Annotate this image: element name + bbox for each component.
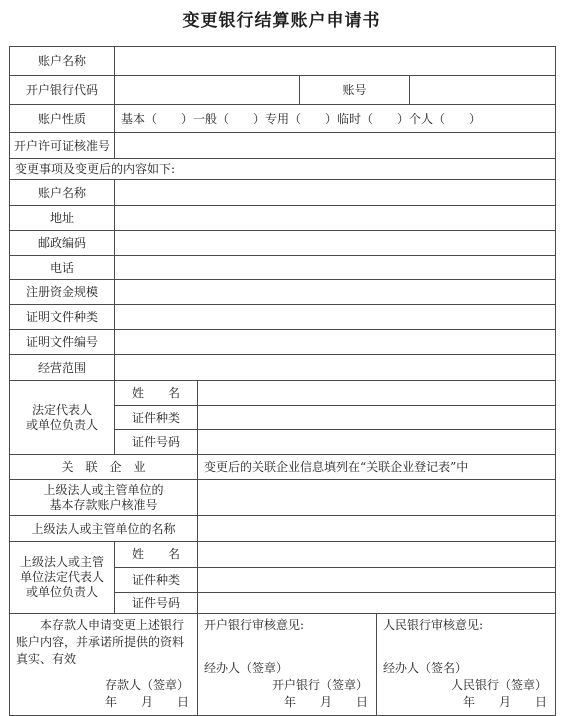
legal-rep-subrows: 姓 名 证件种类 证件号码 <box>115 381 555 454</box>
change-account-name-label: 账户名称 <box>10 180 115 205</box>
form-title: 变更银行结算账户申请书 <box>0 6 563 31</box>
legal-rep-id-type-value-cell <box>198 406 555 430</box>
phone-value-cell <box>115 256 555 279</box>
row-signature-section: 本存款人申请变更上述银行账户内容，并承诺所提供的资料真实、有效 存款人（签章） … <box>10 614 555 715</box>
pboc-sign-label: 人民银行（签章） <box>383 677 549 694</box>
legal-rep-id-no-label: 证件号码 <box>115 430 198 454</box>
row-superior-rep-block: 上级法人或主管 单位法定代表人 或单位负责人 姓 名 证件种类 证件号码 <box>10 542 555 614</box>
cert-doc-no-label: 证明文件编号 <box>10 330 115 354</box>
row-cert-doc-type: 证明文件种类 <box>10 305 555 330</box>
depositor-spacer <box>16 668 191 677</box>
superior-rep-subrows: 姓 名 证件种类 证件号码 <box>115 542 555 613</box>
legal-rep-name-value-cell <box>198 381 555 405</box>
superior-rep-label-line2: 单位法定代表人 <box>20 570 104 585</box>
superior-rep-id-no-row: 证件号码 <box>115 593 555 613</box>
legal-rep-label-line1: 法定代表人 <box>32 403 92 418</box>
phone-label: 电话 <box>10 256 115 279</box>
superior-approval-no-value-cell <box>198 480 555 515</box>
row-business-scope: 经营范围 <box>10 355 555 381</box>
pboc-operator-label: 经办人（签名） <box>383 660 549 677</box>
account-name-value-cell <box>115 47 555 75</box>
pboc-date-line: 年 月 日 <box>383 694 549 711</box>
row-account-nature: 账户性质 基本（ ）一般（ ）专用（ ）临时（ ）个人（ ） <box>10 105 555 133</box>
superior-approval-no-label: 上级法人或主管单位的 基本存款账户核准号 <box>10 480 198 515</box>
superior-rep-label: 上级法人或主管 单位法定代表人 或单位负责人 <box>10 542 115 613</box>
row-change-section-header: 变更事项及变更后的内容如下: <box>10 159 555 180</box>
depositor-sign-label: 存款人（签章） <box>16 677 191 694</box>
bank-date-line: 年 月 日 <box>204 694 370 711</box>
row-cert-doc-no: 证明文件编号 <box>10 330 555 355</box>
superior-rep-label-line1: 上级法人或主管 <box>20 555 104 570</box>
business-scope-label: 经营范围 <box>10 355 115 380</box>
account-nature-label: 账户性质 <box>10 105 115 132</box>
bank-operator-label: 经办人（签章） <box>204 660 370 677</box>
legal-rep-name-label: 姓 名 <box>115 381 198 405</box>
row-registered-capital: 注册资金规模 <box>10 280 555 305</box>
business-scope-value-cell <box>115 355 555 380</box>
depositor-statement: 本存款人申请变更上述银行账户内容，并承诺所提供的资料真实、有效 <box>16 617 191 668</box>
registered-capital-value-cell <box>115 280 555 304</box>
address-label: 地址 <box>10 206 115 230</box>
row-related-enterprise: 关 联 企 业 变更后的关联企业信息填列在“关联企业登记表”中 <box>10 455 555 480</box>
document-page: 变更银行结算账户申请书 账户名称 开户银行代码 账号 账户性质 基本（ ）一般（… <box>0 0 563 716</box>
depositor-signature-cell: 本存款人申请变更上述银行账户内容，并承诺所提供的资料真实、有效 存款人（签章） … <box>10 614 198 715</box>
legal-rep-id-type-label: 证件种类 <box>115 406 198 430</box>
bank-review-spacer <box>204 634 370 660</box>
application-form-table: 账户名称 开户银行代码 账号 账户性质 基本（ ）一般（ ）专用（ ）临时（ ）… <box>9 46 556 716</box>
account-no-value-cell <box>410 76 555 104</box>
legal-rep-label-line2: 或单位负责人 <box>26 418 98 433</box>
cert-doc-no-value-cell <box>115 330 555 354</box>
legal-rep-id-no-row: 证件号码 <box>115 430 555 454</box>
superior-name-value-cell <box>198 516 555 541</box>
address-value-cell <box>115 206 555 230</box>
row-legal-rep-block: 法定代表人 或单位负责人 姓 名 证件种类 证件号码 <box>10 381 555 455</box>
superior-rep-id-type-label: 证件种类 <box>115 568 198 593</box>
superior-rep-id-no-label: 证件号码 <box>115 593 198 613</box>
row-change-account-name: 账户名称 <box>10 180 555 206</box>
row-superior-name: 上级法人或主管单位的名称 <box>10 516 555 542</box>
change-account-name-value-cell <box>115 180 555 205</box>
superior-rep-name-value-cell <box>198 542 555 567</box>
account-nature-options: 基本（ ）一般（ ）专用（ ）临时（ ）个人（ ） <box>115 105 555 132</box>
bank-code-value-cell <box>115 76 300 104</box>
depositor-date-line: 年 月 日 <box>16 694 191 711</box>
row-address: 地址 <box>10 206 555 231</box>
superior-rep-label-line3: 或单位负责人 <box>26 585 98 600</box>
registered-capital-label: 注册资金规模 <box>10 280 115 304</box>
legal-rep-id-no-value-cell <box>198 430 555 454</box>
account-no-label: 账号 <box>300 76 410 104</box>
legal-rep-label: 法定代表人 或单位负责人 <box>10 381 115 454</box>
postcode-label: 邮政编码 <box>10 231 115 255</box>
superior-rep-id-no-value-cell <box>198 593 555 613</box>
row-superior-approval-no: 上级法人或主管单位的 基本存款账户核准号 <box>10 480 555 516</box>
related-enterprise-value: 变更后的关联企业信息填列在“关联企业登记表”中 <box>198 455 555 479</box>
cert-doc-type-label: 证明文件种类 <box>10 305 115 329</box>
bank-sign-label: 开户银行（签章） <box>204 677 370 694</box>
bank-review-title: 开户银行审核意见: <box>204 617 370 634</box>
postcode-value-cell <box>115 231 555 255</box>
legal-rep-id-type-row: 证件种类 <box>115 406 555 431</box>
bank-review-cell: 开户银行审核意见: 经办人（签章） 开户银行（签章） 年 月 日 <box>198 614 377 715</box>
row-bank-code: 开户银行代码 账号 <box>10 76 555 105</box>
permit-no-label: 开户许可证核准号 <box>10 133 115 158</box>
permit-no-value-cell <box>115 133 555 158</box>
superior-approval-no-label-line2: 基本存款账户核准号 <box>49 498 157 513</box>
bank-code-label: 开户银行代码 <box>10 76 115 104</box>
superior-rep-id-type-row: 证件种类 <box>115 568 555 594</box>
row-phone: 电话 <box>10 256 555 280</box>
cert-doc-type-value-cell <box>115 305 555 329</box>
superior-name-label: 上级法人或主管单位的名称 <box>10 516 198 541</box>
superior-rep-name-label: 姓 名 <box>115 542 198 567</box>
legal-rep-name-row: 姓 名 <box>115 381 555 406</box>
account-name-label: 账户名称 <box>10 47 115 75</box>
pboc-review-spacer <box>383 634 549 660</box>
row-postcode: 邮政编码 <box>10 231 555 256</box>
superior-rep-name-row: 姓 名 <box>115 542 555 568</box>
superior-approval-no-label-line1: 上级法人或主管单位的 <box>43 483 163 498</box>
superior-rep-id-type-value-cell <box>198 568 555 593</box>
row-account-name: 账户名称 <box>10 47 555 76</box>
pboc-review-title: 人民银行审核意见: <box>383 617 549 634</box>
row-permit-no: 开户许可证核准号 <box>10 133 555 159</box>
change-section-header: 变更事项及变更后的内容如下: <box>10 159 555 179</box>
pboc-review-cell: 人民银行审核意见: 经办人（签名） 人民银行（签章） 年 月 日 <box>377 614 555 715</box>
related-enterprise-label: 关 联 企 业 <box>10 455 198 479</box>
